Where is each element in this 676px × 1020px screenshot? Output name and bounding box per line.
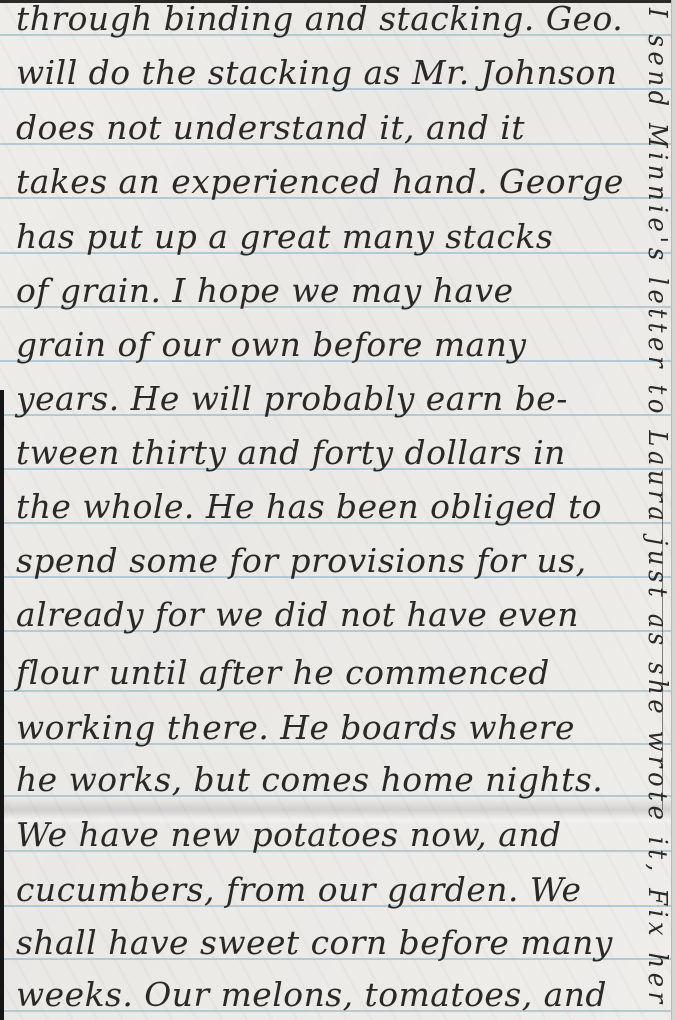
- text-line: of grain. I hope we may have: [16, 274, 624, 307]
- text-line: weeks. Our melons, tomatoes, and: [16, 978, 624, 1011]
- scan-left-edge: [0, 390, 4, 1020]
- text-line: shall have sweet corn before many: [16, 926, 624, 959]
- text-line: spend some for provisions for us,: [16, 544, 624, 577]
- text-line: already for we did not have even: [16, 598, 624, 631]
- text-line: We have new potatoes now, and: [16, 818, 624, 851]
- margin-note-text: I send Minnie's letter to Laura just as …: [644, 8, 670, 1008]
- text-line: he works, but comes home nights.: [16, 763, 624, 796]
- text-line: grain of our own before many: [16, 328, 624, 361]
- margin-note: I send Minnie's letter to Laura just as …: [630, 8, 670, 1018]
- text-line: will do the stacking as Mr. Johnson: [16, 56, 624, 89]
- text-line: through binding and stacking. Geo.: [16, 2, 624, 35]
- scan-top-edge: [0, 0, 676, 3]
- text-line: years. He will probably earn be-: [16, 382, 624, 415]
- text-line: working there. He boards where: [16, 711, 624, 744]
- text-line: tween thirty and forty dollars in: [16, 436, 624, 469]
- text-line: flour until after he commenced: [16, 656, 624, 689]
- text-line: cucumbers, from our garden. We: [16, 873, 624, 906]
- text-line: does not understand it, and it: [16, 111, 624, 144]
- text-line: the whole. He has been obliged to: [16, 490, 624, 523]
- text-line: takes an experienced hand. George: [16, 165, 624, 198]
- letter-page: through binding and stacking. Geo. will …: [0, 0, 676, 1020]
- text-line: has put up a great many stacks: [16, 220, 624, 253]
- scan-right-edge: [671, 0, 676, 1020]
